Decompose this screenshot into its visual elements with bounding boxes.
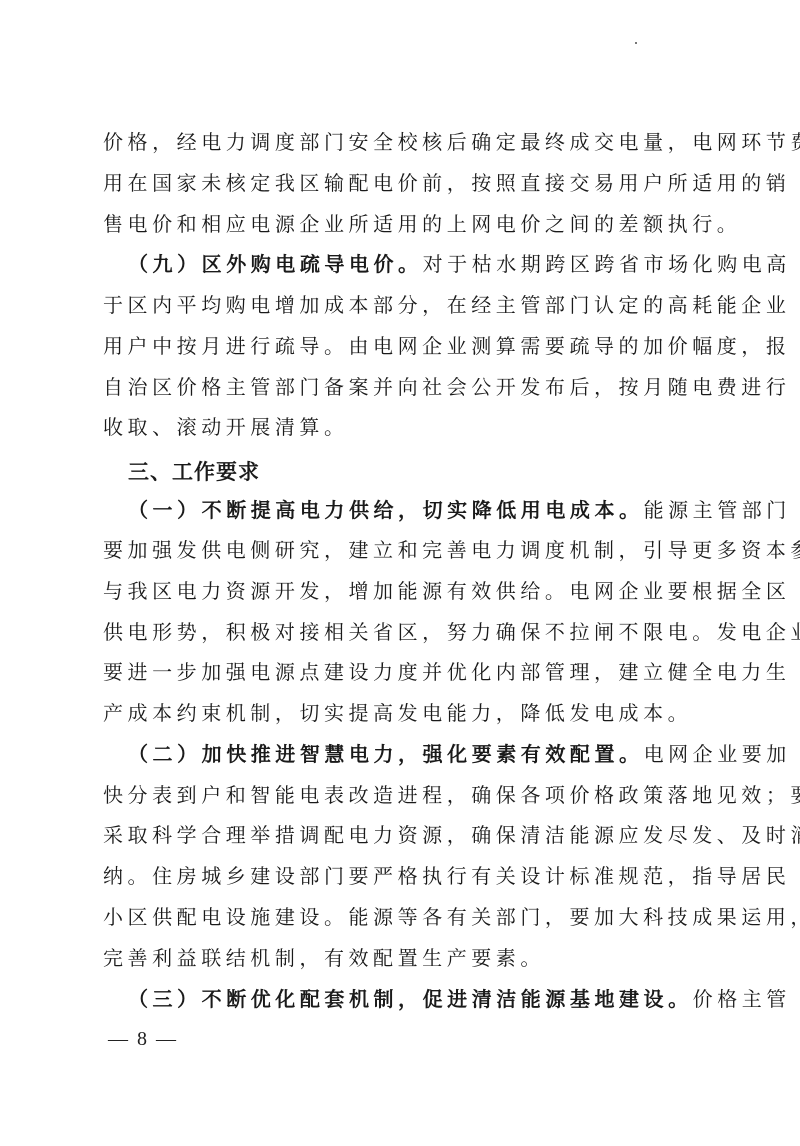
- subsection-1-title: （一）不断提高电力供给，切实降低用电成本。: [128, 498, 644, 522]
- scan-speck: [635, 42, 637, 44]
- subsection-2-heading-line: （二）加快推进智慧电力，强化要素有效配置。电网企业要加: [128, 741, 728, 767]
- text-line-13: 供电形势，积极对接相关省区，努力确保不拉闸不限电。发电企业: [103, 619, 703, 645]
- text-line-3: 售电价和相应电源企业所适用的上网电价之间的差额执行。: [103, 211, 703, 237]
- text-line-6: 用户中按月进行疏导。由电网企业测算需要疏导的加价幅度，报: [103, 333, 703, 359]
- text-line-14: 要进一步加强电源点建设力度并优化内部管理，建立健全电力生: [103, 659, 703, 685]
- text-line-17: 快分表到户和智能电表改造进程，确保各项价格政策落地见效；要: [103, 782, 703, 808]
- text-line-8: 收取、滚动开展清算。: [103, 414, 703, 440]
- text-line-19: 纳。住房城乡建设部门要严格执行有关设计标准规范，指导居民: [103, 863, 703, 889]
- text-line-2: 用在国家未核定我区输配电价前，按照直接交易用户所适用的销: [103, 170, 703, 196]
- page-number: — 8 —: [108, 1028, 178, 1051]
- text-line-1: 价格，经电力调度部门安全校核后确定最终成交电量，电网环节费: [103, 129, 703, 155]
- text-line-5: 于区内平均购电增加成本部分，在经主管部门认定的高耗能企业: [103, 292, 703, 318]
- text-line-18: 采取科学合理举措调配电力资源，确保清洁能源应发尽发、及时消: [103, 822, 703, 848]
- text-line-12: 与我区电力资源开发，增加能源有效供给。电网企业要根据全区: [103, 578, 703, 604]
- text-line-15: 产成本约束机制，切实提高发电能力，降低发电成本。: [103, 700, 703, 726]
- subsection-1-heading-line: （一）不断提高电力供给，切实降低用电成本。能源主管部门: [128, 497, 728, 523]
- text-line-20: 小区供配电设施建设。能源等各有关部门，要加大科技成果运用，: [103, 904, 703, 930]
- document-page: 价格，经电力调度部门安全校核后确定最终成交电量，电网环节费 用在国家未核定我区输…: [0, 0, 800, 1146]
- section-9-heading-line: （九）区外购电疏导电价。对于枯水期跨区跨省市场化购电高: [128, 251, 728, 277]
- section-9-title: （九）区外购电疏导电价。: [128, 252, 423, 276]
- text-line-21: 完善利益联结机制，有效配置生产要素。: [103, 945, 703, 971]
- section-heading-work-requirements: 三、工作要求: [128, 459, 728, 485]
- subsection-2-title: （二）加快推进智慧电力，强化要素有效配置。: [128, 742, 644, 766]
- subsection-3-heading-line: （三）不断优化配套机制，促进清洁能源基地建设。价格主管: [128, 986, 728, 1012]
- text-line-11: 要加强发供电侧研究，建立和完善电力调度机制，引导更多资本参: [103, 537, 703, 563]
- text-line-7: 自治区价格主管部门备案并向社会公开发布后，按月随电费进行: [103, 374, 703, 400]
- subsection-3-title: （三）不断优化配套机制，促进清洁能源基地建设。: [128, 987, 693, 1011]
